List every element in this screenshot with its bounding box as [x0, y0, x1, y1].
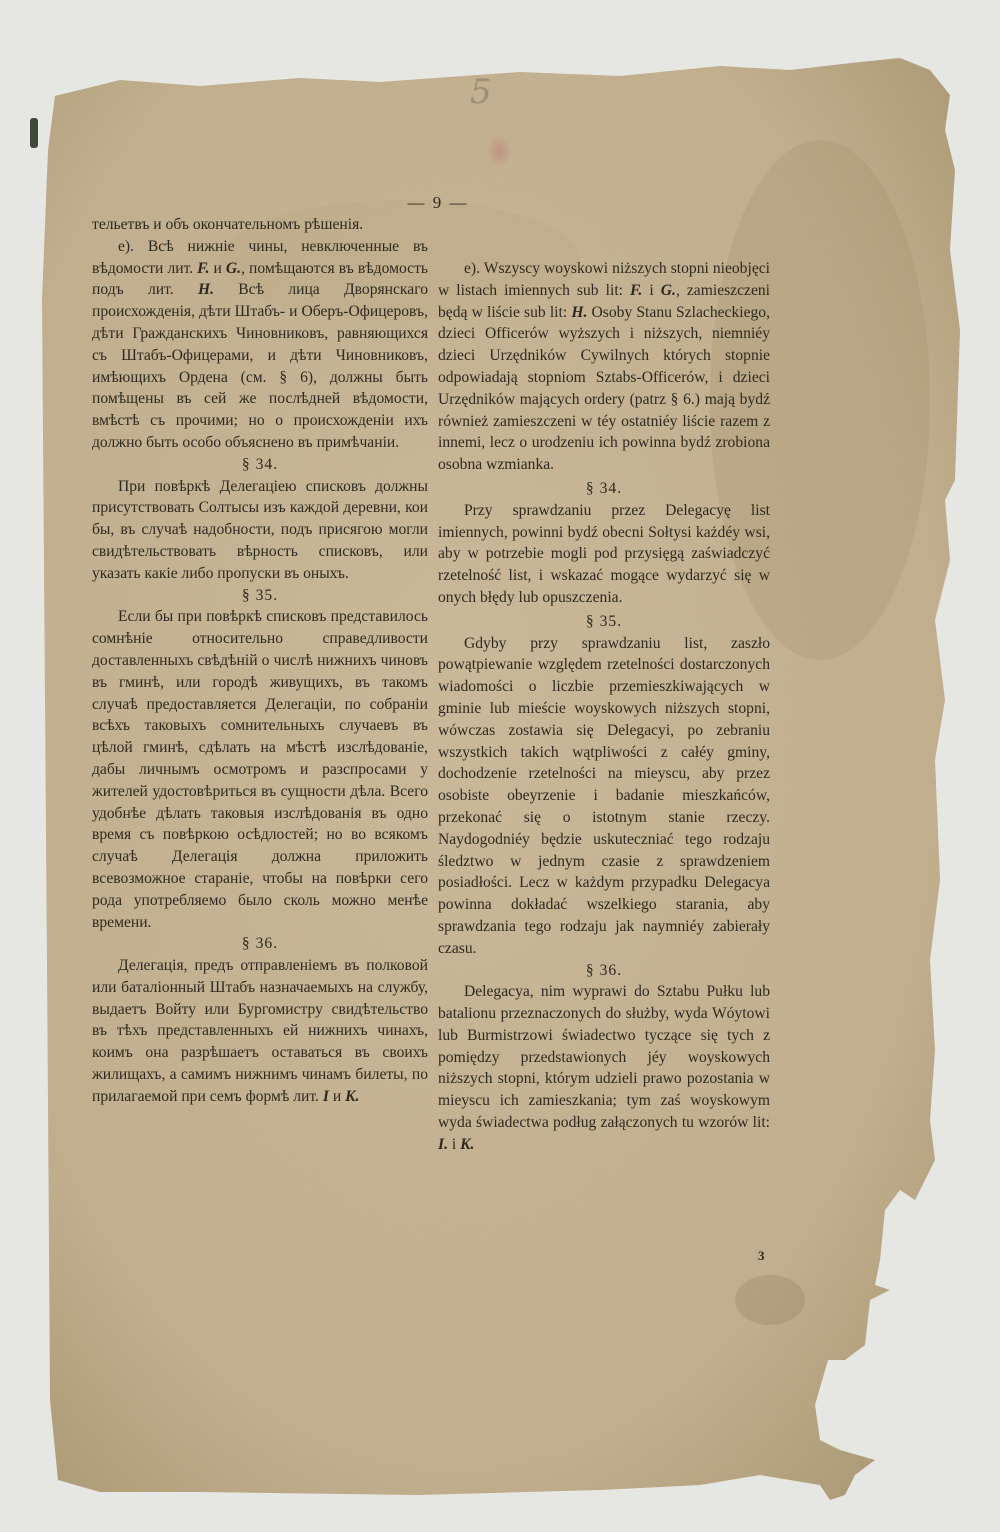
paragraph-e: e). Wszyscy woyskowi niższych stopni nie…: [438, 258, 770, 476]
section-36-text: Delegacya, nim wyprawi do Sztabu Pułku l…: [438, 981, 770, 1155]
section-36-heading: § 36.: [92, 933, 428, 955]
section-36-text: Делегація, предъ отправленіемъ въ полков…: [92, 955, 428, 1108]
section-36-heading: § 36.: [438, 960, 770, 982]
section-34-text: Przy sprawdzaniu przez Delegacyę list im…: [438, 500, 770, 609]
continuation-paragraph: тельетвъ и объ окончательномъ рѣшенія.: [92, 214, 428, 236]
polish-column: e). Wszyscy woyskowi niższych stopni nie…: [438, 258, 770, 1156]
document-page: 5 — 9 — тельетвъ и объ окончательномъ рѣ…: [0, 0, 1000, 1532]
printed-page-number: — 9 —: [383, 193, 493, 213]
section-35-text: Gdyby przy sprawdzaniu list, zaszło pową…: [438, 633, 770, 960]
section-34-heading: § 34.: [92, 454, 428, 476]
red-stain-mark: [486, 134, 512, 168]
section-35-text: Если бы при повѣркѣ списковъ представило…: [92, 606, 428, 933]
signature-mark: 3: [758, 1248, 765, 1264]
section-34-text: При повѣркѣ Делегаціею списковъ должны п…: [92, 476, 428, 585]
russian-column: тельетвъ и объ окончательномъ рѣшенія. е…: [92, 214, 428, 1108]
section-35-heading: § 35.: [92, 585, 428, 607]
section-34-heading: § 34.: [438, 478, 770, 500]
section-35-heading: § 35.: [438, 611, 770, 633]
ink-blot-mark: [30, 118, 38, 148]
handwritten-page-number: 5: [470, 72, 492, 112]
paragraph-e: е). Всѣ нижніе чины, невключенные въ вѣд…: [92, 236, 428, 454]
